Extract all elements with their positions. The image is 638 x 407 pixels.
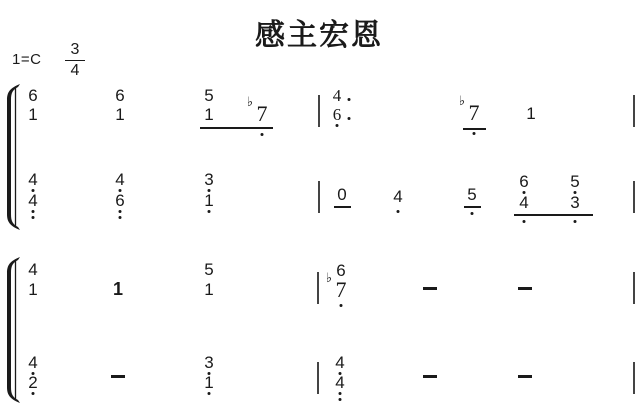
barline xyxy=(317,362,319,394)
dash-note xyxy=(423,375,437,378)
barline xyxy=(633,95,635,127)
octave-dot xyxy=(523,220,526,223)
note-6: 6 xyxy=(519,173,528,190)
note-7: 7 xyxy=(469,102,480,124)
note-6: 6 xyxy=(115,87,124,104)
beam-line xyxy=(200,127,273,129)
note-3: 3 xyxy=(570,194,579,211)
note-4: 4 xyxy=(28,171,37,188)
flat-icon: ♭ xyxy=(247,96,253,109)
note-1: 1 xyxy=(204,192,213,209)
octave-dot xyxy=(32,210,35,213)
note-4: 4 xyxy=(393,188,402,205)
octave-dot xyxy=(397,210,400,213)
octave-dot xyxy=(119,216,122,219)
octave-dot xyxy=(32,392,35,395)
beam-line xyxy=(514,214,593,216)
note-7: 7 xyxy=(336,279,347,301)
note-1: 1 xyxy=(204,374,213,391)
barline xyxy=(633,272,635,304)
note-1: 1 xyxy=(115,106,124,123)
note-5: 5 xyxy=(570,173,579,190)
barline xyxy=(318,181,320,213)
dash-note xyxy=(518,287,532,290)
note-3: 3 xyxy=(204,354,213,371)
note-0: 0 xyxy=(337,186,346,203)
octave-dot xyxy=(336,124,339,127)
dash-note xyxy=(518,375,532,378)
note-4: 4 xyxy=(28,192,37,209)
sheet-music-page: 感主宏恩 1=C 3 4 6161517♭467♭144463104564534… xyxy=(0,0,638,407)
barline xyxy=(633,181,635,213)
octave-dot xyxy=(32,216,35,219)
note-1: 1 xyxy=(204,281,213,298)
octave-dot xyxy=(261,133,264,136)
note-1: 1 xyxy=(28,281,37,298)
note-4: 4 xyxy=(335,374,344,391)
beam-line xyxy=(464,206,481,208)
note-5: 5 xyxy=(467,186,476,203)
note-4: 4 xyxy=(335,354,344,371)
note-6: 6 xyxy=(333,106,342,123)
note-1: 1 xyxy=(526,105,535,122)
octave-dot xyxy=(339,392,342,395)
note-6: 6 xyxy=(115,192,124,209)
note-4: 4 xyxy=(333,87,342,104)
note-1: 1 xyxy=(113,280,123,298)
beam-line xyxy=(463,128,486,130)
duration-dot xyxy=(348,98,351,101)
beam-line xyxy=(334,206,351,208)
octave-dot xyxy=(471,212,474,215)
system-bracket xyxy=(4,257,26,403)
notation-area: 6161517♭467♭144463104564534115167♭423144 xyxy=(0,0,638,407)
note-5: 5 xyxy=(204,87,213,104)
dash-note xyxy=(111,375,125,378)
note-4: 4 xyxy=(519,194,528,211)
octave-dot xyxy=(208,392,211,395)
note-2: 2 xyxy=(28,374,37,391)
note-4: 4 xyxy=(28,354,37,371)
octave-dot xyxy=(473,132,476,135)
duration-dot xyxy=(348,117,351,120)
note-4: 4 xyxy=(28,261,37,278)
octave-dot xyxy=(340,304,343,307)
note-5: 5 xyxy=(204,261,213,278)
note-1: 1 xyxy=(28,106,37,123)
octave-dot xyxy=(339,398,342,401)
system-bracket xyxy=(4,84,26,230)
note-3: 3 xyxy=(204,171,213,188)
octave-dot xyxy=(208,210,211,213)
octave-dot xyxy=(574,220,577,223)
octave-dot xyxy=(119,210,122,213)
note-1: 1 xyxy=(204,106,213,123)
barline xyxy=(318,95,320,127)
dash-note xyxy=(423,287,437,290)
note-7: 7 xyxy=(257,103,268,125)
barline xyxy=(317,272,319,304)
barline xyxy=(633,362,635,394)
note-6: 6 xyxy=(28,87,37,104)
flat-icon: ♭ xyxy=(326,272,332,285)
note-4: 4 xyxy=(115,171,124,188)
flat-icon: ♭ xyxy=(459,95,465,108)
